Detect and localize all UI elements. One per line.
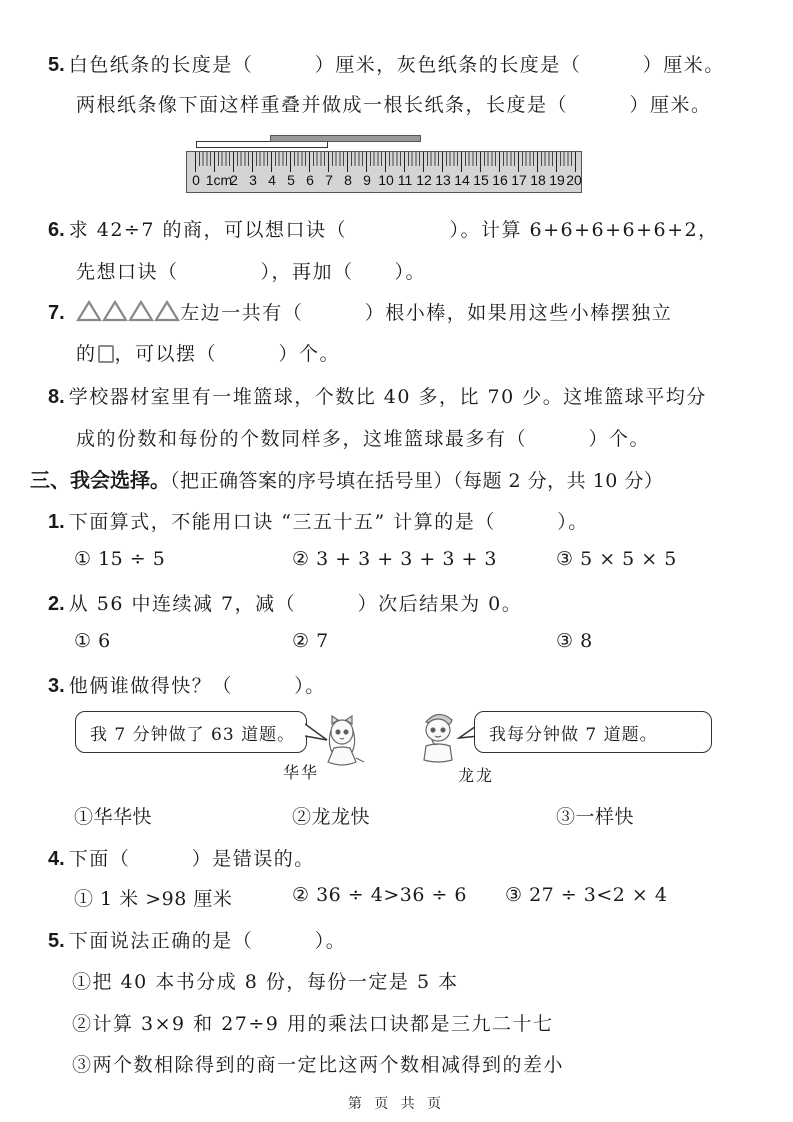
ruler-label: 7 [325,172,333,188]
ruler-label: 10 [378,172,394,188]
question-7-line-2: 的，可以摆（ ）个。 [76,339,340,366]
question-number: 7. [48,302,65,324]
question-7-line-1: 7. 左边一共有（ ）根小棒，如果用这些小棒摆独立 [48,298,672,327]
ruler-major-ticks [195,152,576,172]
ruler-label: 20 [566,172,582,188]
question-text: 的 [76,343,97,365]
question-text: 下面（ ）是错误的。 [69,848,315,870]
ruler-label: 1cm [206,172,232,188]
section-instruction: （把正确答案的序号填在括号里）（每题 2 分，共 10 分） [170,470,663,492]
ruler-label: 13 [435,172,451,188]
choice-question-4: 4.下面（ ）是错误的。 [48,844,315,871]
question-number: 8. [48,386,65,408]
ruler-label: 8 [344,172,352,188]
question-text: ，可以摆（ ）个。 [115,343,341,365]
option-1[interactable]: ① 15 ÷ 5 [74,548,165,570]
question-number: 5. [48,930,65,952]
option-2[interactable]: ② 7 [292,630,329,652]
choice-question-5: 5.下面说法正确的是（ ）。 [48,926,346,953]
ruler-label: 6 [306,172,314,188]
ruler-label: 14 [454,172,470,188]
option-1[interactable]: ①华华快 [74,802,152,829]
question-number: 3. [48,675,65,697]
boy-avatar-icon [418,708,460,766]
ruler-label: 2 [230,172,238,188]
ruler-label: 16 [492,172,508,188]
ruler-label: 15 [473,172,489,188]
ruler: 0 1cm 2 3 4 5 6 7 8 9 10 11 12 13 14 15 … [186,151,582,193]
question-text: 他俩谁做得快？（ ）。 [69,675,326,697]
question-number: 1. [48,511,65,533]
question-6-line-1: 6.求 42÷7 的商，可以想口诀（ ）。计算 6+6+6+6+6+2， [48,215,719,242]
ruler-label: 4 [268,172,276,188]
speaker-label-longlong: 龙龙 [458,763,494,786]
option-3[interactable]: ③一样快 [556,802,634,829]
option-3[interactable]: ③两个数相除得到的商一定比这两个数相减得到的差小 [72,1050,564,1077]
option-1[interactable]: ① 1 米 >98 厘米 [74,884,232,911]
ruler-label: 18 [530,172,546,188]
option-2[interactable]: ② 36 ÷ 4>36 ÷ 6 [292,884,467,906]
question-8-line-2: 成的份数和每份的个数同样多，这堆篮球最多有（ ）个。 [76,424,650,451]
question-number: 6. [48,219,65,241]
ruler-labels: 0 1cm 2 3 4 5 6 7 8 9 10 11 12 13 14 15 … [189,172,581,192]
speech-text: 我每分钟做 7 道题。 [489,720,658,745]
question-5-line-2: 两根纸条像下面这样重叠并做成一根长纸条，长度是（ ）厘米。 [76,90,712,117]
question-number: 5. [48,54,65,76]
choice-question-2: 2.从 56 中连续减 7，减（ ）次后结果为 0。 [48,589,522,616]
question-text: 下面说法正确的是（ ）。 [69,930,347,952]
speech-bubble-longlong: 我每分钟做 7 道题。 [474,711,712,753]
question-text: 下面算式，不能用口诀 “三五十五” 计算的是（ ）。 [69,511,589,533]
question-text: 学校器材室里有一堆篮球，个数比 40 多，比 70 少。这堆篮球平均分 [69,386,707,408]
ruler-label: 17 [511,172,527,188]
ruler-label: 12 [416,172,432,188]
ruler-label: 11 [398,172,413,188]
speech-bubble-huahua: 我 7 分钟做了 63 道题。 [75,711,307,753]
option-2[interactable]: ②龙龙快 [292,802,370,829]
option-3[interactable]: ③ 5 × 5 × 5 [556,548,677,570]
question-number: 4. [48,848,65,870]
section-title: 三、我会选择。 [30,468,170,492]
option-2[interactable]: ② 3 + 3 + 3 + 3 + 3 [292,548,497,570]
choice-question-3: 3.他俩谁做得快？（ ）。 [48,671,326,698]
ruler-figure: 0 1cm 2 3 4 5 6 7 8 9 10 11 12 13 14 15 … [186,133,586,195]
ruler-label: 5 [287,172,295,188]
page-footer: 第 页 共 页 [0,1093,793,1113]
gray-paper-strip [270,135,421,142]
question-text: 白色纸条的长度是（ ）厘米，灰色纸条的长度是（ ）厘米。 [69,54,725,76]
section-3-header: 三、我会选择。（把正确答案的序号填在括号里）（每题 2 分，共 10 分） [30,464,663,493]
question-text: 左边一共有（ ）根小棒，如果用这些小棒摆独立 [180,302,672,324]
ruler-label: 0 [192,172,200,188]
question-number: 2. [48,593,65,615]
square-icon [98,345,114,363]
choice-question-1: 1.下面算式，不能用口诀 “三五十五” 计算的是（ ）。 [48,507,589,534]
speech-text: 我 7 分钟做了 63 道题。 [90,720,295,745]
ruler-label: 19 [549,172,565,188]
speaker-label-huahua: 华华 [283,760,319,783]
question-5-line-1: 5.白色纸条的长度是（ ）厘米，灰色纸条的长度是（ ）厘米。 [48,50,725,77]
option-3[interactable]: ③ 27 ÷ 3<2 × 4 [505,884,667,906]
option-1[interactable]: ① 6 [74,630,111,652]
question-text: 从 56 中连续减 7，减（ ）次后结果为 0。 [69,593,523,615]
question-6-line-2: 先想口诀（ ），再加（ ）。 [76,257,426,284]
option-2[interactable]: ②计算 3×9 和 27÷9 用的乘法口诀都是三九二十七 [72,1009,553,1036]
triangle-icons [76,300,180,327]
option-3[interactable]: ③ 8 [556,630,593,652]
option-1[interactable]: ①把 40 本书分成 8 份，每份一定是 5 本 [72,967,459,994]
white-paper-strip [196,141,328,148]
ruler-label: 3 [249,172,257,188]
girl-avatar-icon [322,708,368,770]
question-8-line-1: 8.学校器材室里有一堆篮球，个数比 40 多，比 70 少。这堆篮球平均分 [48,382,707,409]
ruler-label: 9 [363,172,371,188]
triangle-icon [76,300,180,322]
question-text: 求 42÷7 的商，可以想口诀（ ）。计算 6+6+6+6+6+2， [69,219,719,241]
